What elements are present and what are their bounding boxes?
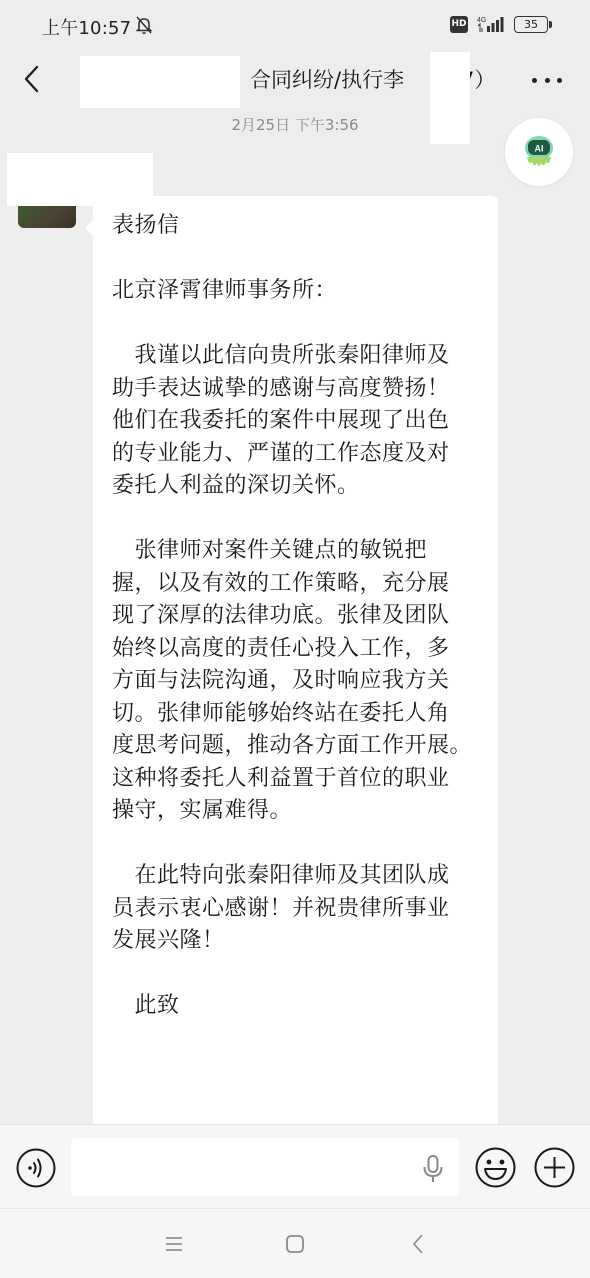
redaction-box	[7, 153, 153, 206]
letter-line: 我谨以此信向贵所张秦阳律师及	[112, 340, 480, 373]
letter-line: 度思考问题，推动各方面工作开展。	[112, 730, 480, 763]
ellipsis-dot	[532, 78, 537, 83]
message-input[interactable]	[71, 1138, 459, 1196]
plus-button[interactable]	[534, 1147, 575, 1188]
redaction-box	[80, 56, 240, 108]
letter-line: 他们在我委托的案件中展现了出色	[112, 405, 480, 438]
home-icon[interactable]	[284, 1233, 306, 1255]
message-bubble[interactable]: 表扬信 北京泽霄律师事务所： 我谨以此信向贵所张秦阳律师及 助手表达诚挚的感谢与…	[93, 196, 498, 1136]
letter-line: 操守，实属难得。	[112, 795, 480, 828]
redaction-box	[430, 52, 470, 144]
back-button[interactable]	[18, 62, 48, 96]
chat-header: ：合同纠纷/执行李 7）	[0, 50, 590, 110]
letter-line: 发展兴隆！	[112, 925, 480, 958]
letter-line: 始终以高度的责任心投入工作，多	[112, 633, 480, 666]
letter-line: 现了深厚的法律功底。张律及团队	[112, 600, 480, 633]
back-icon[interactable]	[408, 1233, 430, 1255]
svg-text:AI: AI	[535, 144, 544, 154]
letter-line: 切。张律师能够始终站在委托人角	[112, 698, 480, 731]
emoji-button[interactable]	[475, 1147, 516, 1188]
letter-line: 的专业能力、严谨的工作态度及对	[112, 438, 480, 471]
letter-title: 表扬信	[112, 210, 480, 243]
letter-line: 助手表达诚挚的感谢与高度赞扬！	[112, 373, 480, 406]
ellipsis-dot	[557, 78, 562, 83]
menu-icon[interactable]	[163, 1233, 185, 1255]
status-icons: HD 4G 35	[450, 14, 548, 34]
battery-icon: 35	[514, 16, 548, 33]
letter-closing: 此致	[112, 990, 480, 1023]
letter-line: 张律师对案件关键点的敏锐把	[112, 535, 480, 568]
ai-assistant-button[interactable]: AI	[505, 118, 573, 186]
more-options-button[interactable]	[532, 70, 562, 90]
input-bar	[0, 1124, 590, 1208]
microphone-icon[interactable]	[421, 1154, 445, 1184]
chat-title-text: ：合同纠纷/执行李	[229, 62, 404, 98]
message-timestamp: 2月25日 下午3:56	[0, 114, 590, 135]
voice-toggle-button[interactable]	[16, 1148, 56, 1188]
letter-line: 在此特向张秦阳律师及其团队成	[112, 860, 480, 893]
letter-line: 员表示衷心感谢！并祝贵律所事业	[112, 893, 480, 926]
svg-text:4G: 4G	[477, 17, 486, 24]
ellipsis-dot	[545, 78, 550, 83]
letter-line: 这种将委托人利益置于首位的职业	[112, 763, 480, 796]
letter-recipient: 北京泽霄律师事务所：	[112, 275, 480, 308]
system-nav-bar	[0, 1208, 590, 1278]
letter-line: 握，以及有效的工作策略，充分展	[112, 568, 480, 601]
hd-icon: HD	[450, 16, 468, 33]
letter-line: 委托人利益的深切关怀。	[112, 470, 480, 503]
bell-muted-icon	[134, 15, 154, 35]
letter-line: 方面与法院沟通，及时响应我方关	[112, 665, 480, 698]
4g-signal-icon: 4G	[476, 14, 506, 34]
ai-octopus-icon: AI	[522, 134, 556, 170]
status-bar: 上午10:57 HD 4G 35	[0, 0, 590, 50]
status-time: 上午10:57	[42, 14, 131, 40]
